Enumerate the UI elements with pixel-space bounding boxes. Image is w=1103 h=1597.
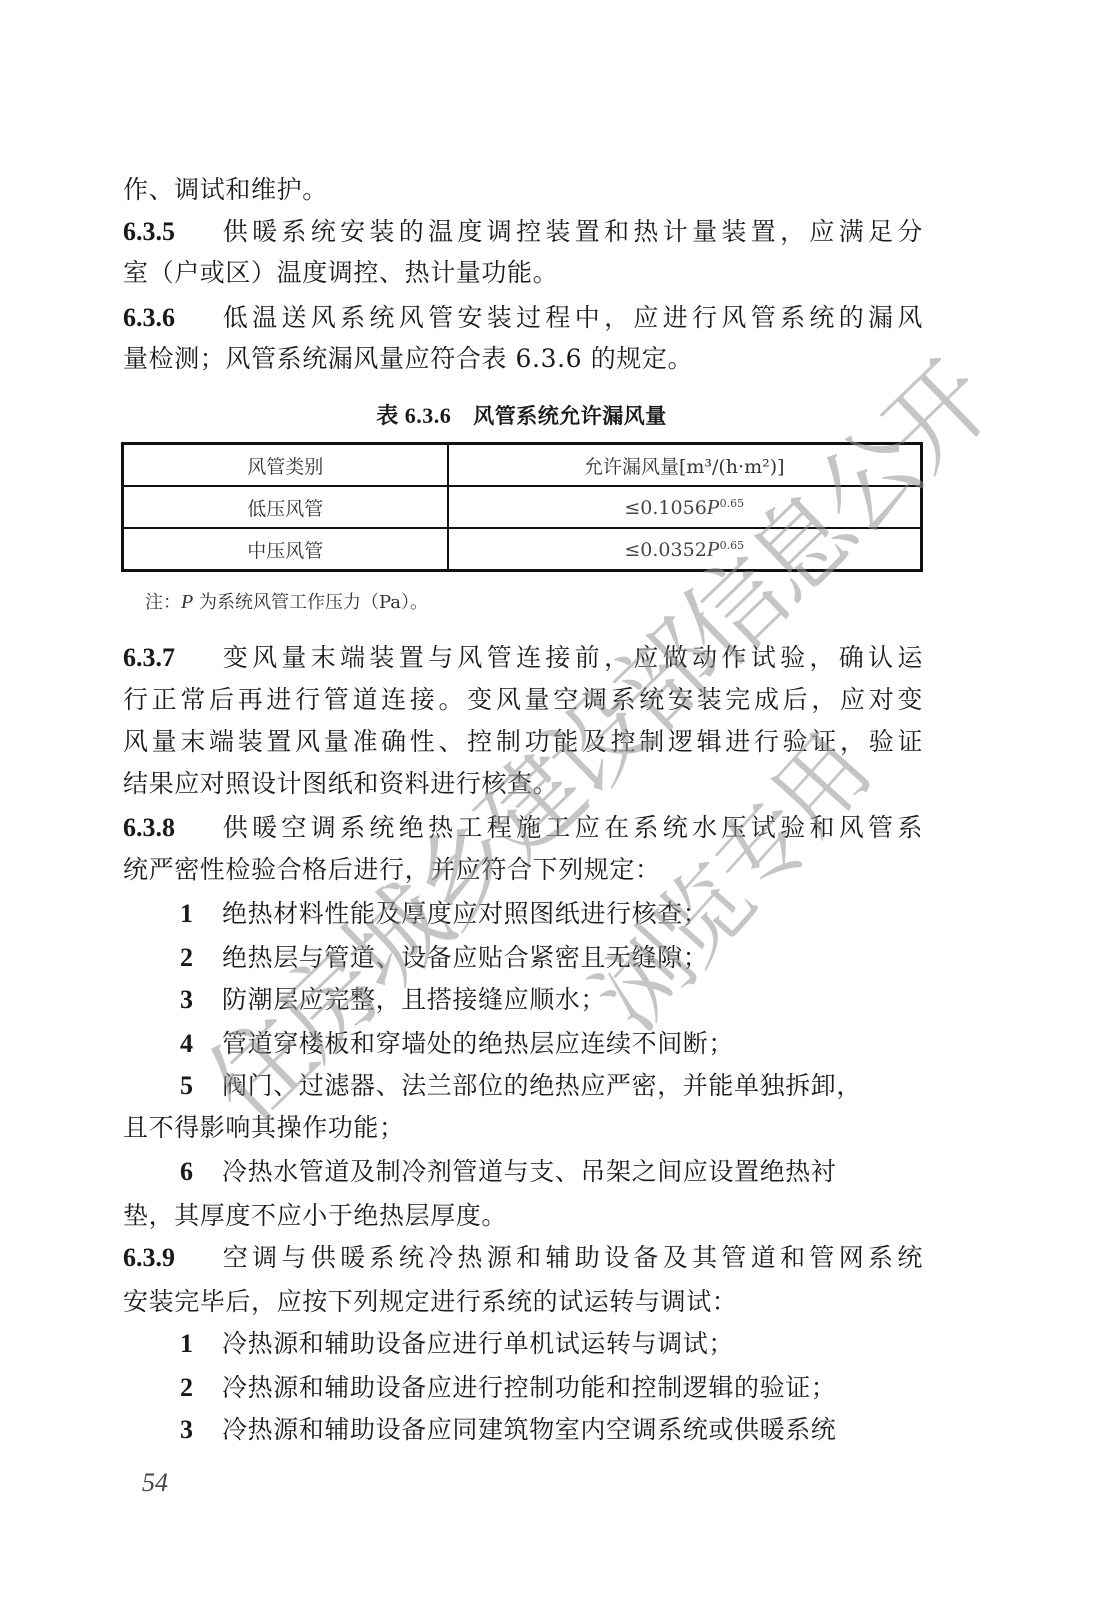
- clause-6-3-7-line-1: 6.3.7变风量末端装置与风管连接前，应做动作试验，确认运: [123, 637, 923, 679]
- clause-6-3-6-line-2: 量检测；风管系统漏风量应符合表 6.3.6 的规定。: [123, 338, 923, 380]
- table-header-cell: 允许漏风量[m³/(h·m²)]: [448, 444, 922, 487]
- table-header-row: 风管类别 允许漏风量[m³/(h·m²)]: [123, 444, 922, 487]
- list-item: 2冷热源和辅助设备应进行控制功能和控制逻辑的验证；: [123, 1367, 923, 1409]
- list-item-continuation: 且不得影响其操作功能；: [123, 1107, 923, 1149]
- list-item-text: 冷热源和辅助设备应进行单机试运转与调试；: [222, 1323, 734, 1365]
- list-item: 4管道穿楼板和穿墙处的绝热层应连续不间断；: [123, 1023, 923, 1065]
- table-cell-category: 低压风管: [123, 486, 448, 528]
- table-row: 低压风管 ≤0.1056P0.65: [123, 486, 922, 528]
- list-item: 2绝热层与管道、设备应贴合紧密且无缝隙；: [123, 937, 923, 979]
- clause-text: 供暖空调系统绝热工程施工应在系统水压试验和风管系: [219, 813, 923, 842]
- list-item-number: 5: [180, 1065, 193, 1107]
- clause-number: 6.3.7: [123, 637, 219, 679]
- list-item-number: 2: [180, 1367, 193, 1409]
- clause-6-3-9-line-1: 6.3.9空调与供暖系统冷热源和辅助设备及其管道和管网系统: [123, 1237, 923, 1279]
- formula-coefficient: ≤0.1056: [624, 497, 706, 519]
- list-item-number: 6: [180, 1151, 193, 1193]
- clause-text: 供暖系统安装的温度调控装置和热计量装置，应满足分: [219, 217, 923, 246]
- clause-6-3-8-line-2: 统严密性检验合格后进行，并应符合下列规定：: [123, 849, 923, 891]
- clause-6-3-9-line-2: 安装完毕后，应按下列规定进行系统的试运转与调试：: [123, 1281, 923, 1323]
- list-item-text: 管道穿楼板和穿墙处的绝热层应连续不间断；: [222, 1023, 734, 1065]
- list-item-number: 2: [180, 937, 193, 979]
- list-item-text: 绝热层与管道、设备应贴合紧密且无缝隙；: [222, 937, 708, 979]
- list-item-text: 冷热水管道及制冷剂管道与支、吊架之间应设置绝热衬: [222, 1151, 836, 1193]
- list-item-text: 防潮层应完整，且搭接缝应顺水；: [222, 979, 606, 1021]
- formula-exponent: 0.65: [720, 497, 745, 510]
- list-item: 1绝热材料性能及厚度应对照图纸进行核查；: [123, 893, 923, 935]
- list-item-number: 3: [180, 979, 193, 1021]
- continuation-line: 作、调试和维护。: [123, 169, 923, 211]
- list-item: 5阀门、过滤器、法兰部位的绝热应严密，并能单独拆卸，: [123, 1065, 923, 1107]
- formula-exponent: 0.65: [720, 539, 745, 552]
- clause-text: 低温送风系统风管安装过程中，应进行风管系统的漏风: [219, 303, 923, 332]
- table-cell-category: 中压风管: [123, 528, 448, 571]
- table-note: 注：P 为系统风管工作压力（Pa）。: [145, 586, 428, 619]
- clause-6-3-7-line-2: 行正常后再进行管道连接。变风量空调系统安装完成后，应对变: [123, 679, 923, 721]
- list-item-number: 1: [180, 1323, 193, 1365]
- formula-variable: P: [707, 537, 720, 561]
- table-cell-value: ≤0.1056P0.65: [448, 486, 922, 528]
- list-item: 3防潮层应完整，且搭接缝应顺水；: [123, 979, 923, 1021]
- list-item-number: 3: [180, 1409, 193, 1451]
- list-item-number: 4: [180, 1023, 193, 1065]
- note-prefix: 注：: [145, 592, 181, 613]
- table-caption-number: 表 6.3.6: [376, 403, 451, 428]
- clause-6-3-7-line-3: 风量末端装置风量准确性、控制功能及控制逻辑进行验证，验证: [123, 721, 923, 763]
- clause-number: 6.3.8: [123, 807, 219, 849]
- clause-text: 变风量末端装置与风管连接前，应做动作试验，确认运: [219, 643, 923, 672]
- clause-6-3-6-line-1: 6.3.6低温送风系统风管安装过程中，应进行风管系统的漏风: [123, 297, 923, 339]
- clause-6-3-5-line-2: 室（户或区）温度调控、热计量功能。: [123, 252, 923, 294]
- document-page: 作、调试和维护。 6.3.5供暖系统安装的温度调控装置和热计量装置，应满足分 室…: [0, 0, 1103, 1597]
- clause-6-3-8-line-1: 6.3.8供暖空调系统绝热工程施工应在系统水压试验和风管系: [123, 807, 923, 849]
- table-cell-value: ≤0.0352P0.65: [448, 528, 922, 571]
- note-variable: P: [181, 591, 193, 613]
- leakage-table: 风管类别 允许漏风量[m³/(h·m²)] 低压风管 ≤0.1056P0.65 …: [121, 442, 923, 572]
- clause-6-3-7-line-4: 结果应对照设计图纸和资料进行核查。: [123, 763, 923, 805]
- list-item: 3冷热源和辅助设备应同建筑物室内空调系统或供暖系统: [123, 1409, 923, 1451]
- list-item-number: 1: [180, 893, 193, 935]
- table-caption-title: 风管系统允许漏风量: [473, 403, 667, 428]
- table-row: 中压风管 ≤0.0352P0.65: [123, 528, 922, 571]
- table-caption: 表 6.3.6风管系统允许漏风量: [0, 398, 1043, 434]
- table-header-cell: 风管类别: [123, 444, 448, 487]
- note-text: 为系统风管工作压力（Pa）。: [193, 592, 428, 613]
- list-item-text: 绝热材料性能及厚度应对照图纸进行核查；: [222, 893, 708, 935]
- clause-6-3-5-line-1: 6.3.5供暖系统安装的温度调控装置和热计量装置，应满足分: [123, 211, 923, 253]
- clause-number: 6.3.5: [123, 211, 219, 253]
- page-number: 54: [142, 1468, 168, 1498]
- list-item: 1冷热源和辅助设备应进行单机试运转与调试；: [123, 1323, 923, 1365]
- list-item-continuation: 垫，其厚度不应小于绝热层厚度。: [123, 1195, 923, 1237]
- clause-number: 6.3.9: [123, 1237, 219, 1279]
- list-item-text: 阀门、过滤器、法兰部位的绝热应严密，并能单独拆卸，: [222, 1065, 862, 1107]
- list-item-text: 冷热源和辅助设备应同建筑物室内空调系统或供暖系统: [222, 1409, 836, 1451]
- clause-number: 6.3.6: [123, 297, 219, 339]
- list-item: 6冷热水管道及制冷剂管道与支、吊架之间应设置绝热衬: [123, 1151, 923, 1193]
- formula-variable: P: [707, 495, 720, 519]
- clause-text: 空调与供暖系统冷热源和辅助设备及其管道和管网系统: [219, 1243, 923, 1272]
- formula-coefficient: ≤0.0352: [624, 539, 706, 561]
- list-item-text: 冷热源和辅助设备应进行控制功能和控制逻辑的验证；: [222, 1367, 836, 1409]
